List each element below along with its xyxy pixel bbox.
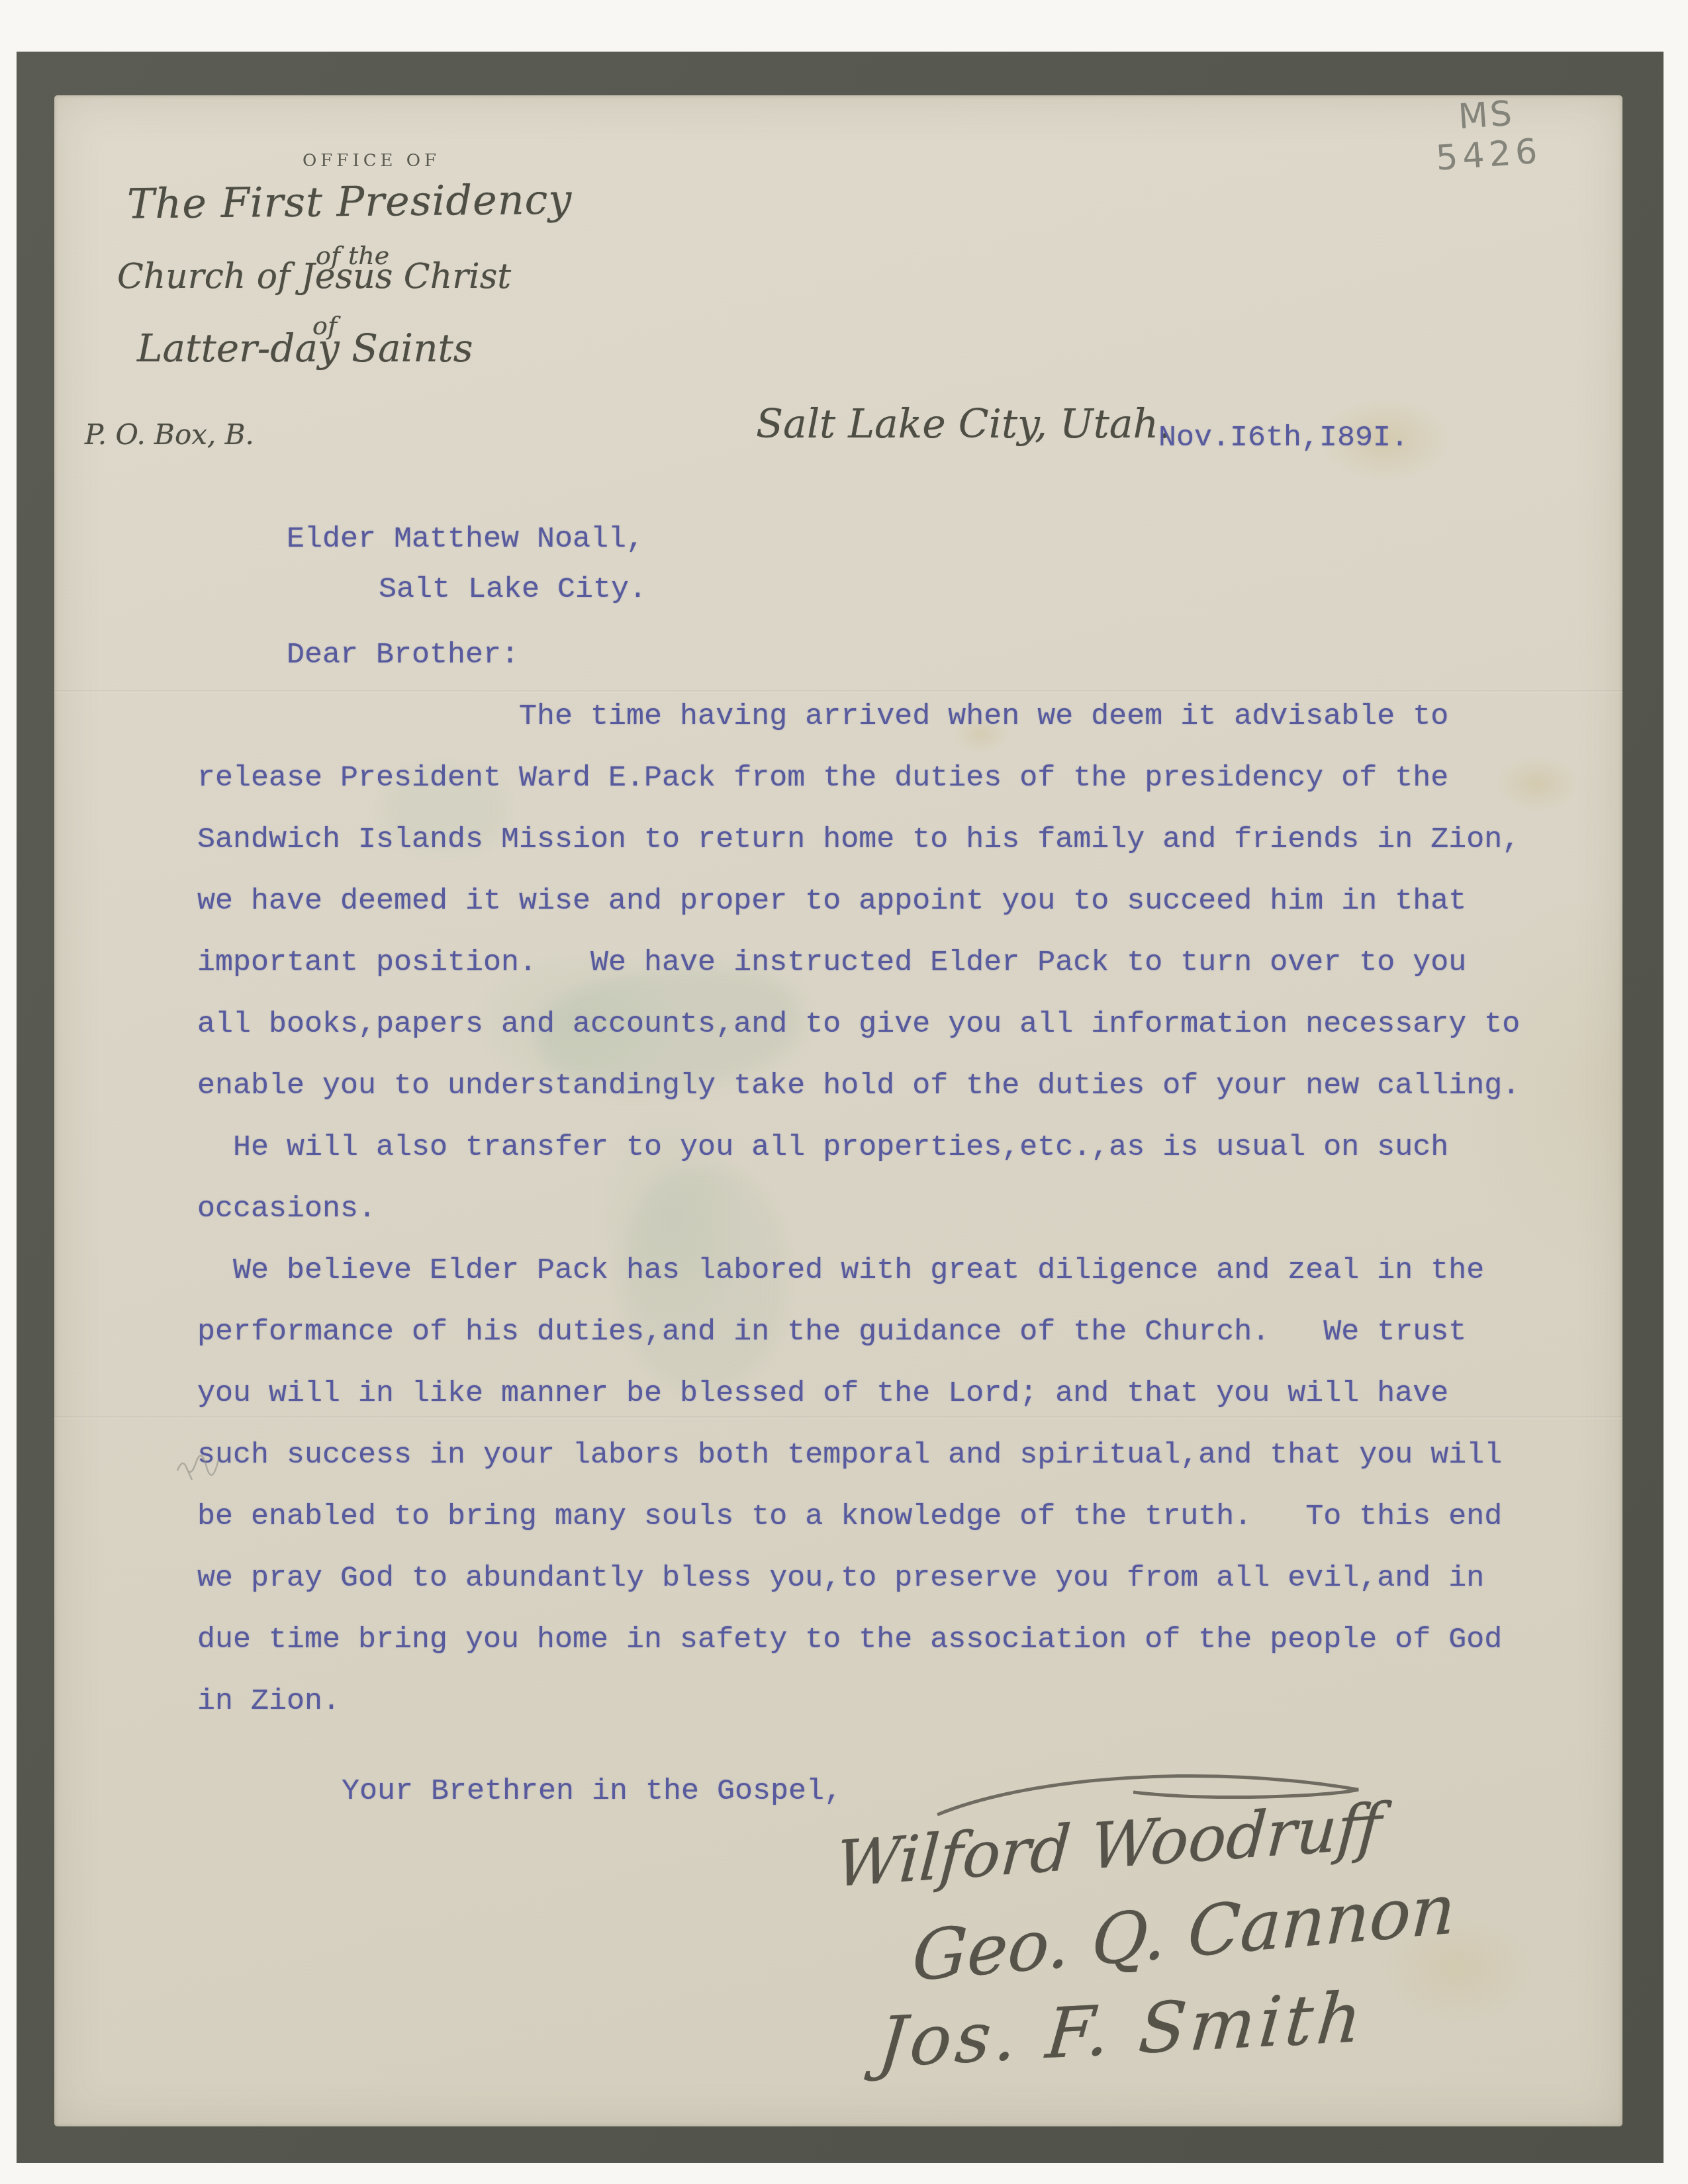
closing-line: Your Brethren in the Gospel, [342, 1774, 842, 1809]
typed-line: We believe Elder Pack has labored with g… [197, 1240, 1520, 1301]
letterhead: OFFICE OF The First Presidency of the Ch… [117, 148, 620, 506]
typed-line: important position. We have instructed E… [197, 932, 1520, 993]
typed-line: Sandwich Islands Mission to return home … [197, 809, 1520, 870]
letterhead-church-name: Church of Jesus Christ [117, 257, 511, 296]
typed-line: He will also transfer to you all propert… [197, 1116, 1520, 1178]
pencil-mark [173, 1445, 226, 1485]
letter-body: The time having arrived when we deem it … [197, 686, 1520, 1732]
typed-line: due time bring you home in safety to the… [197, 1609, 1520, 1670]
typed-line: we pray God to abundantly bless you,to p… [197, 1547, 1520, 1609]
typed-line: performance of his duties,and in the gui… [197, 1301, 1520, 1363]
typed-line: release President Ward E.Pack from the d… [197, 747, 1520, 809]
dateline-place: Salt Lake City, Utah. [756, 401, 1171, 447]
typed-line: The time having arrived when we deem it … [197, 686, 1520, 747]
recipient-city: Salt Lake City. [379, 572, 647, 607]
typed-line: in Zion. [197, 1670, 1520, 1732]
letterhead-first-presidency: The First Presidency [127, 175, 573, 228]
archive-note-number: 5426 [1434, 132, 1543, 179]
typed-line: enable you to understandingly take hold … [197, 1055, 1520, 1116]
recipient-name: Elder Matthew Noall, [287, 522, 644, 557]
typed-line: such success in your labors both tempora… [197, 1424, 1520, 1486]
letterhead-office-of: OFFICE OF [303, 151, 440, 171]
scanned-letter-page: { "colors": { "page_bg": "#f8f7f4", "mat… [0, 0, 1688, 2184]
typed-line: occasions. [197, 1178, 1520, 1240]
archive-catalog-note: MS 5426 [1399, 92, 1543, 181]
typed-line: be enabled to bring many souls to a know… [197, 1486, 1520, 1547]
archive-note-ms: MS [1457, 92, 1540, 137]
typed-line: you will in like manner be blessed of th… [197, 1363, 1520, 1424]
letterhead-po-box: P. O. Box, B. [85, 418, 254, 451]
typed-line: all books,papers and accounts,and to giv… [197, 993, 1520, 1055]
letterhead-latter-day-saints: Latter-day Saints [137, 326, 473, 371]
letter-paper: MS 5426 OFFICE OF The First Presidency o… [54, 95, 1622, 2126]
typed-date: Nov.I6th,I89I. [1158, 421, 1409, 455]
archive-mat-background: MS 5426 OFFICE OF The First Presidency o… [17, 52, 1664, 2163]
typed-line: we have deemed it wise and proper to app… [197, 870, 1520, 932]
salutation: Dear Brother: [287, 638, 519, 672]
